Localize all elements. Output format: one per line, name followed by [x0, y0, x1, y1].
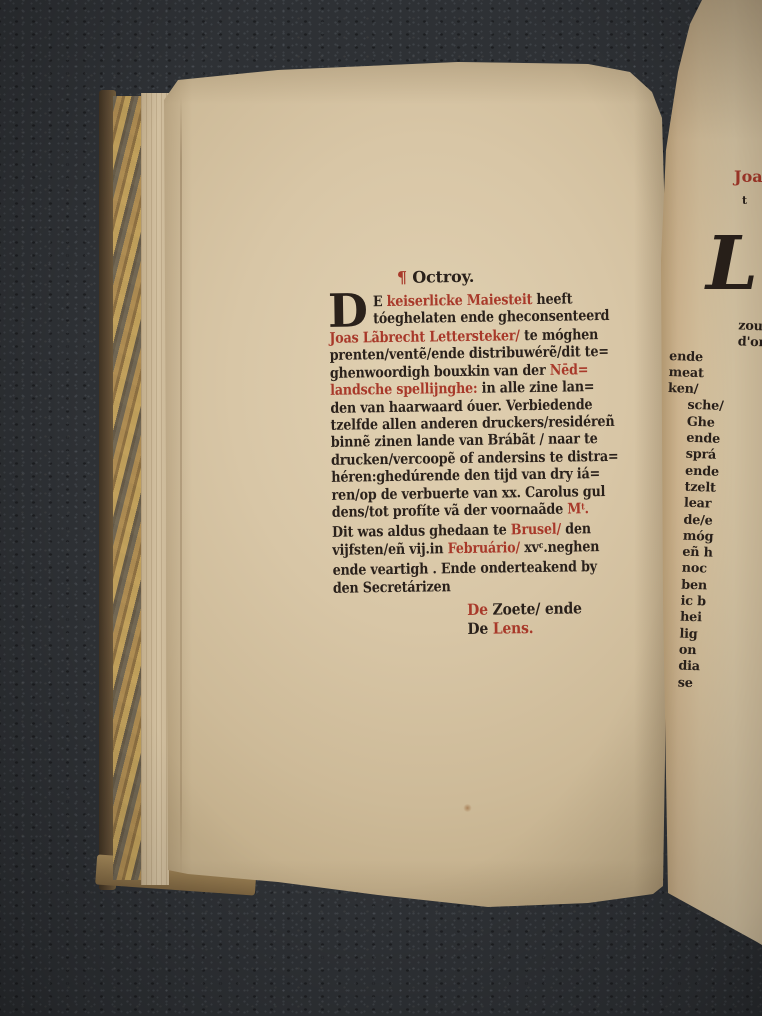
drop-cap-lines: E keiserlicke Maiesteit heefttóeghelaten… — [373, 289, 645, 328]
page-fold-crease — [180, 96, 182, 878]
octroy-text-block: ¶ Octroy. D E keiserlicke Maiesteit heef… — [328, 264, 597, 640]
drop-cap-row: D E keiserlicke Maiesteit heefttóeghelat… — [329, 290, 593, 330]
marbled-endpaper-edge — [113, 96, 144, 880]
text-line: tóeghelaten ende gheconsenteerd — [373, 307, 609, 328]
right-page-subheading-fragment: t — [742, 194, 747, 207]
open-book: ¶ Octroy. D E keiserlicke Maiesteit heef… — [0, 0, 762, 1016]
secretaries-signature: De Zoete/ endeDe Lens. — [467, 599, 598, 638]
foxing-spot — [463, 804, 472, 812]
text-line: De Lens. — [467, 618, 584, 638]
right-page-text-fragments: zoukd'onendemeatken/sche/Gheendespráende… — [651, 316, 762, 695]
right-page-decorated-initial: L — [706, 224, 758, 304]
text-line-fragment: d'on — [737, 335, 762, 353]
text-line: ¶ Octroy. — [397, 266, 474, 288]
left-page: ¶ Octroy. D E keiserlicke Maiesteit heef… — [158, 58, 674, 914]
right-page: Joas t L zoukd'onendemeatken/sche/Gheend… — [652, 0, 762, 950]
text-line: De Zoete/ ende — [467, 599, 584, 619]
text-line: den Secretárizen — [333, 576, 563, 597]
right-page-heading-fragment: Joas — [734, 168, 762, 186]
drop-cap-initial: D — [325, 292, 372, 330]
octroy-body-lines: Joas Lãbrecht Lettersteker/ te móghenpre… — [329, 326, 597, 597]
text-line-fragment: se — [677, 675, 762, 695]
